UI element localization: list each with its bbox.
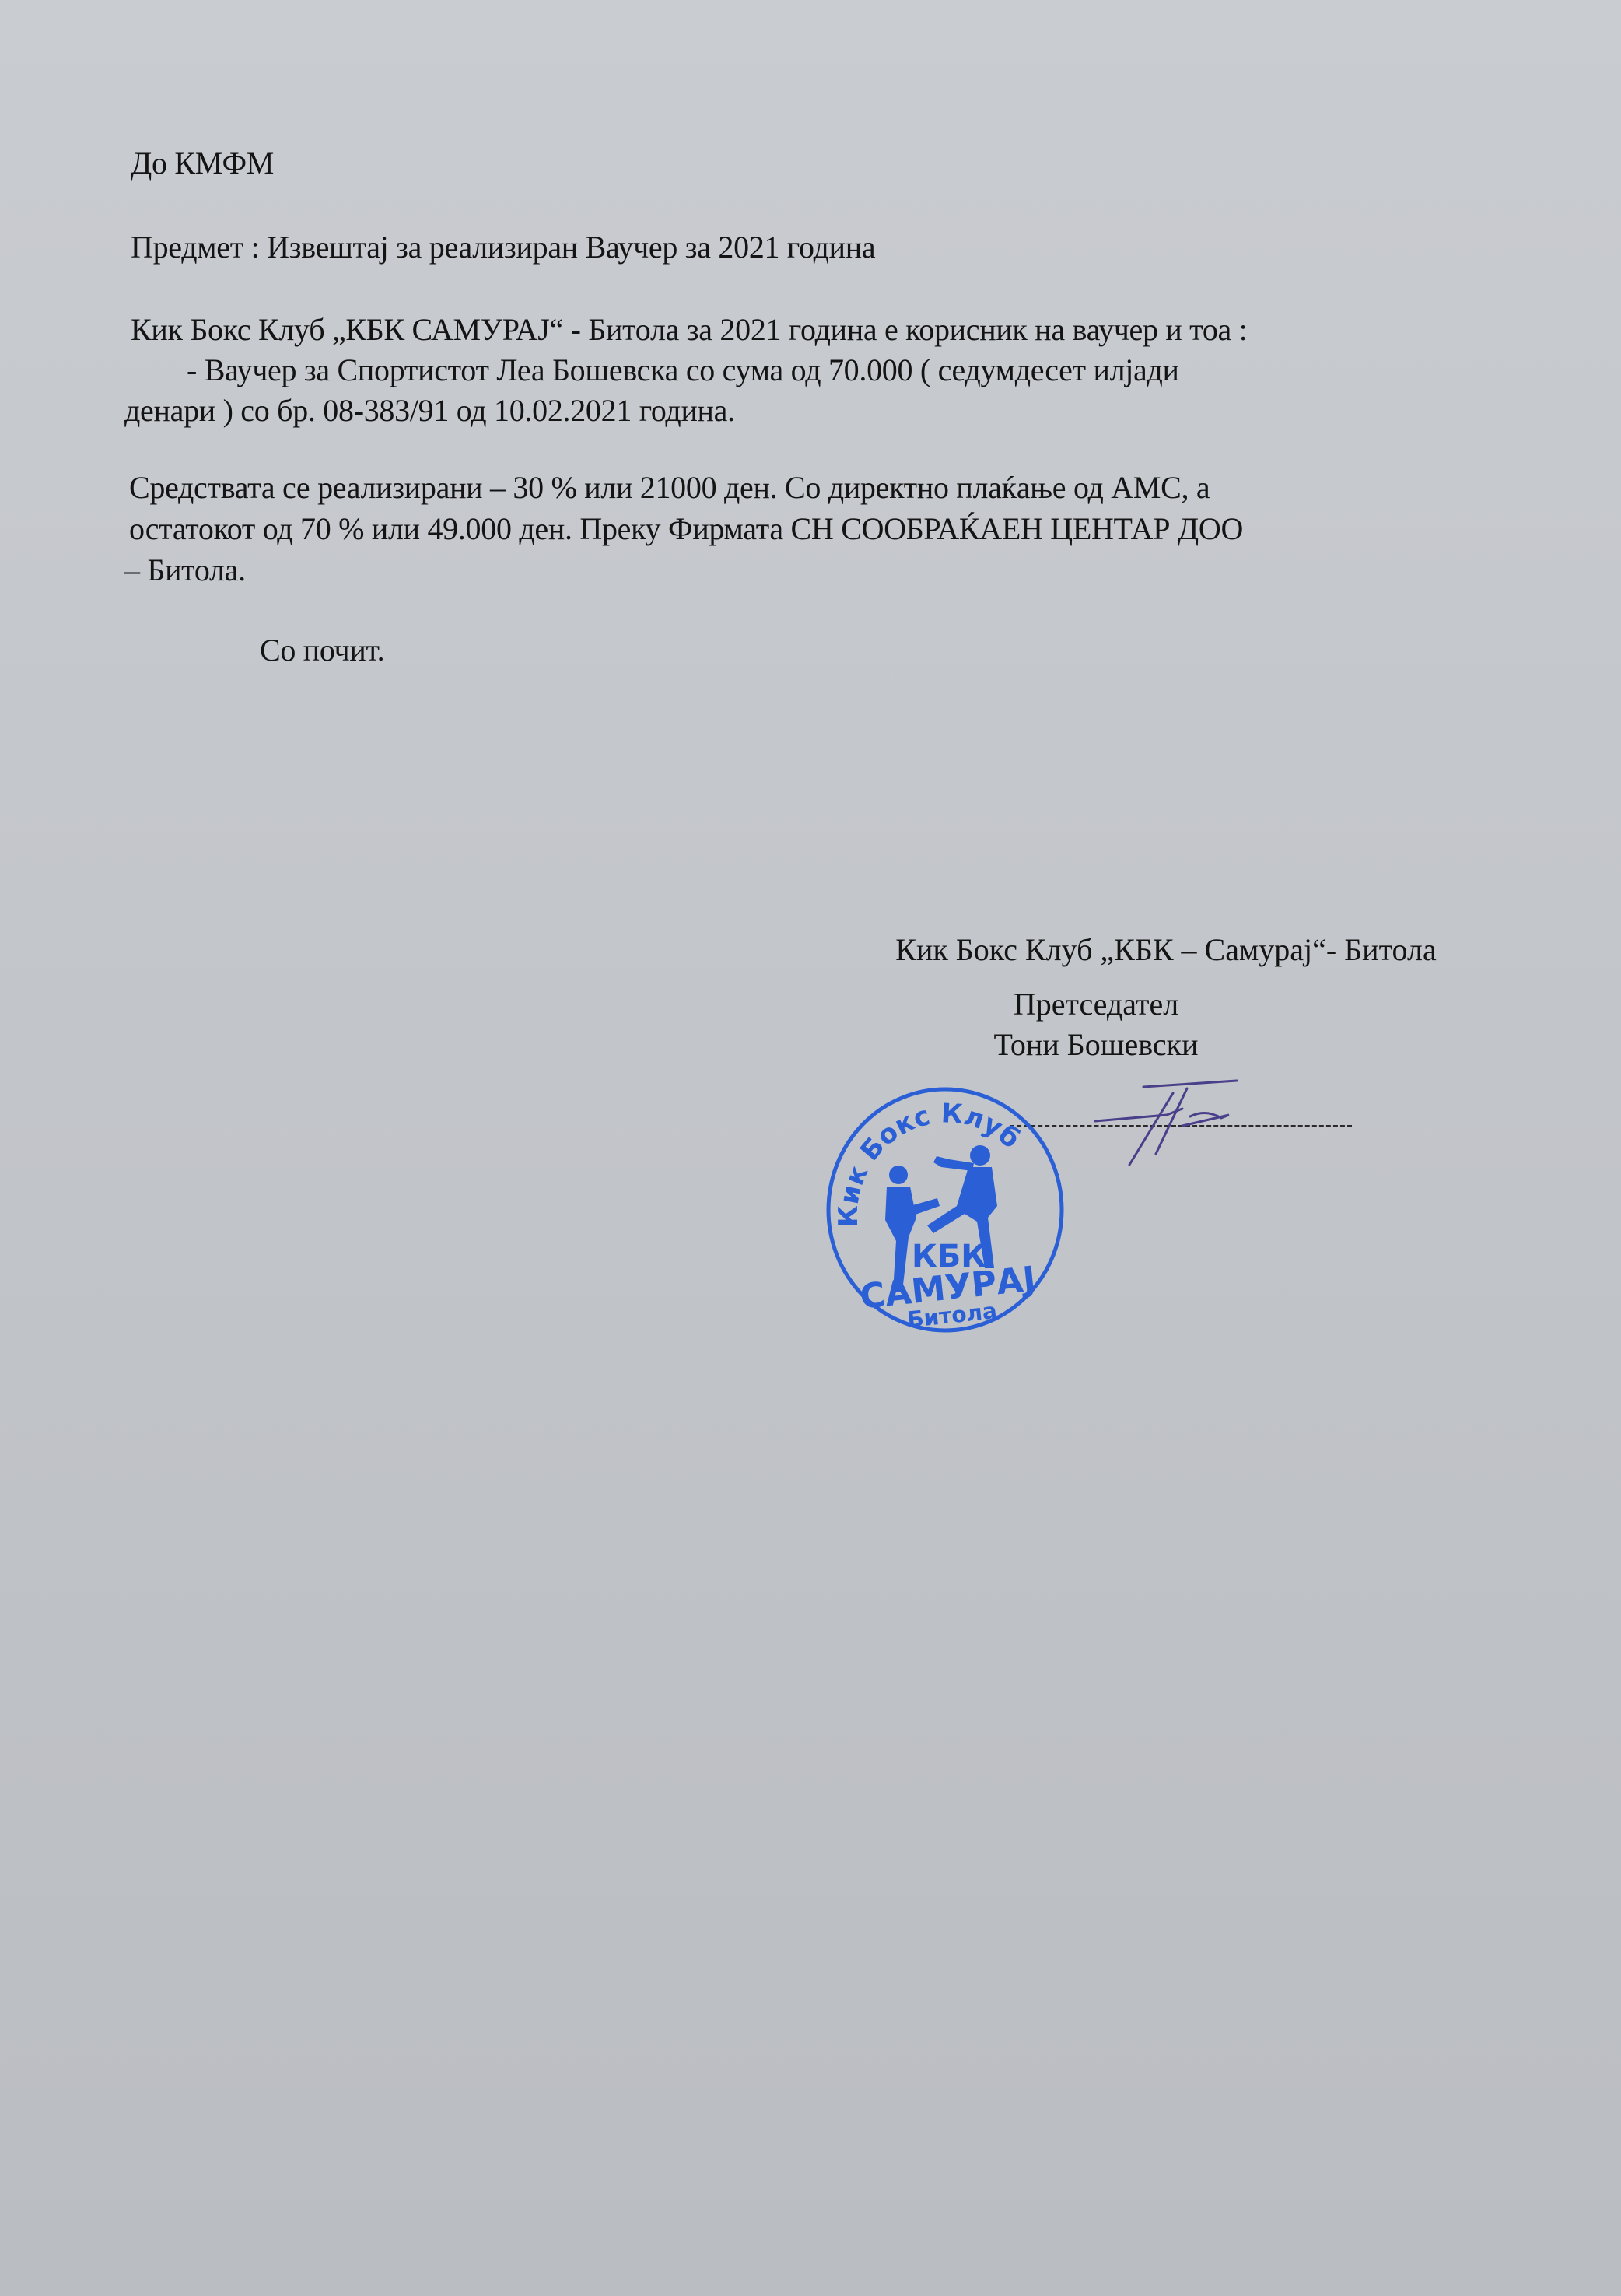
signature-organization: Кик Бокс Клуб „КБК – Самурај“- Битола <box>843 931 1489 969</box>
voucher-line-1: - Ваучер за Спортистот Леа Бошевска со с… <box>187 352 1179 389</box>
funds-line-3: – Битола. <box>124 552 246 589</box>
recipient-line: До КМФМ <box>131 145 274 182</box>
closing-line: Со почит. <box>260 632 384 669</box>
document-page: До КМФМ Предмет : Извештај за реализиран… <box>0 0 1621 2296</box>
voucher-line-2: денари ) со бр. 08-383/91 од 10.02.2021 … <box>124 392 735 429</box>
intro-line: Кик Бокс Клуб „КБК САМУРАЈ“ - Битола за … <box>131 311 1248 349</box>
handwritten-signature <box>1089 1078 1268 1171</box>
club-stamp: Кик Бокс Клуб КБК САМУРАЈ Битола <box>825 1081 1073 1338</box>
funds-line-2: остатокот од 70 % или 49.000 ден. Преку … <box>129 510 1243 548</box>
funds-line-1: Средствата се реализирани – 30 % или 210… <box>129 469 1210 507</box>
signature-name: Тони Бошевски <box>843 1025 1349 1064</box>
subject-line: Предмет : Извештај за реализиран Ваучер … <box>131 229 875 266</box>
signature-title: Претседател <box>843 985 1349 1024</box>
